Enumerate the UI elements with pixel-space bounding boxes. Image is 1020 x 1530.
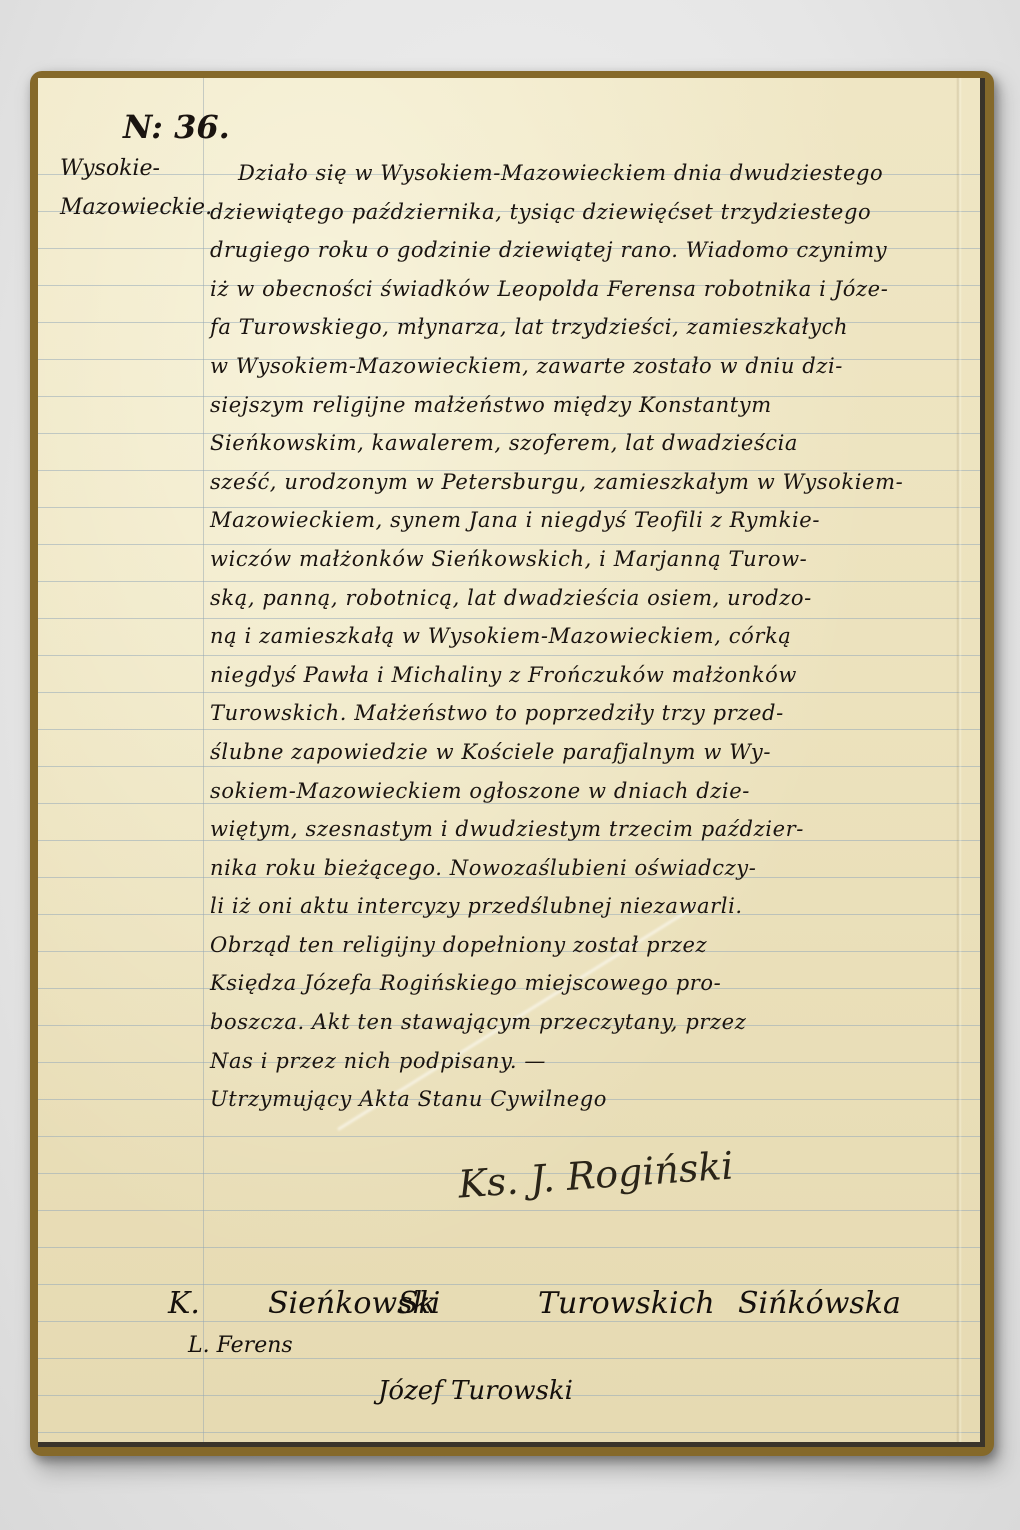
body-line: dziewiątego października, tysiąc dziewię… — [210, 193, 970, 232]
body-line: sokiem-Mazowieckiem ogłoszone w dniach d… — [210, 772, 970, 811]
body-line: ną i zamieszkałą w Wysokiem-Mazowieckiem… — [210, 617, 970, 656]
body-line: boszcza. Akt ten stawającym przeczytany,… — [210, 1003, 970, 1042]
body-line: li iż oni aktu intercyzy przedślubnej ni… — [210, 887, 970, 926]
body-line: iż w obecności świadków Leopolda Ferensa… — [210, 270, 970, 309]
body-line: Działo się w Wysokiem-Mazowieckiem dnia … — [210, 154, 970, 193]
body-line: więtym, szesnastym i dwudziestym trzecim… — [210, 810, 970, 849]
document-frame: N: 36. Wysokie- Mazowieckie. Działo się … — [30, 71, 994, 1456]
body-line: ślubne zapowiedzie w Kościele parafjalny… — [210, 733, 970, 772]
margin-rule — [203, 78, 204, 1442]
body-line: siejszym religijne małżeństwo między Kon… — [210, 386, 970, 425]
body-line: nika roku bieżącego. Nowozaślubieni oświ… — [210, 849, 970, 888]
body-line: Księdza Józefa Rogińskiego miejscowego p… — [210, 964, 970, 1003]
body-line: Sieńkowskim, kawalerem, szoferem, lat dw… — [210, 424, 970, 463]
place-margin-line-1: Wysokie- — [60, 156, 160, 181]
body-line: sześć, urodzonym w Petersburgu, zamieszk… — [210, 463, 970, 502]
place-margin-line-2: Mazowieckie. — [60, 195, 212, 220]
body-line: w Wysokiem-Mazowieckiem, zawarte zostało… — [210, 347, 970, 386]
body-line: drugiego roku o godzinie dziewiątej rano… — [210, 231, 970, 270]
signature-groom-initial: K. — [168, 1286, 200, 1321]
body-line: niegdyś Pawła i Michaliny z Frończuków m… — [210, 656, 970, 695]
entry-number: N: 36. — [123, 108, 230, 146]
body-line: Obrząd ten religijny dopełniony został p… — [210, 926, 970, 965]
body-line: Mazowieckiem, synem Jana i niegdyś Teofi… — [210, 501, 970, 540]
body-line: Utrzymujący Akta Stanu Cywilnego — [210, 1080, 970, 1119]
body-line: Turowskich. Małżeństwo to poprzedziły tr… — [210, 694, 970, 733]
document-page: N: 36. Wysokie- Mazowieckie. Działo się … — [38, 78, 985, 1447]
signature-family: Turowskich — [538, 1286, 715, 1321]
signature-bride: Sińkówska — [738, 1286, 901, 1321]
signature-witness-1: L. Ferens — [188, 1333, 293, 1358]
body-line: wiczów małżonków Sieńkowskich, i Marjann… — [210, 540, 970, 579]
body-line: ską, panną, robotnicą, lat dwadzieścia o… — [210, 579, 970, 618]
signature-abbrev: Sk — [398, 1286, 437, 1321]
record-body: Działo się w Wysokiem-Mazowieckiem dnia … — [210, 154, 970, 1119]
body-line: fa Turowskiego, młynarza, lat trzydzieśc… — [210, 308, 970, 347]
body-line: Nas i przez nich podpisany. — — [210, 1042, 970, 1081]
signature-witness-2: Józef Turowski — [378, 1376, 573, 1406]
